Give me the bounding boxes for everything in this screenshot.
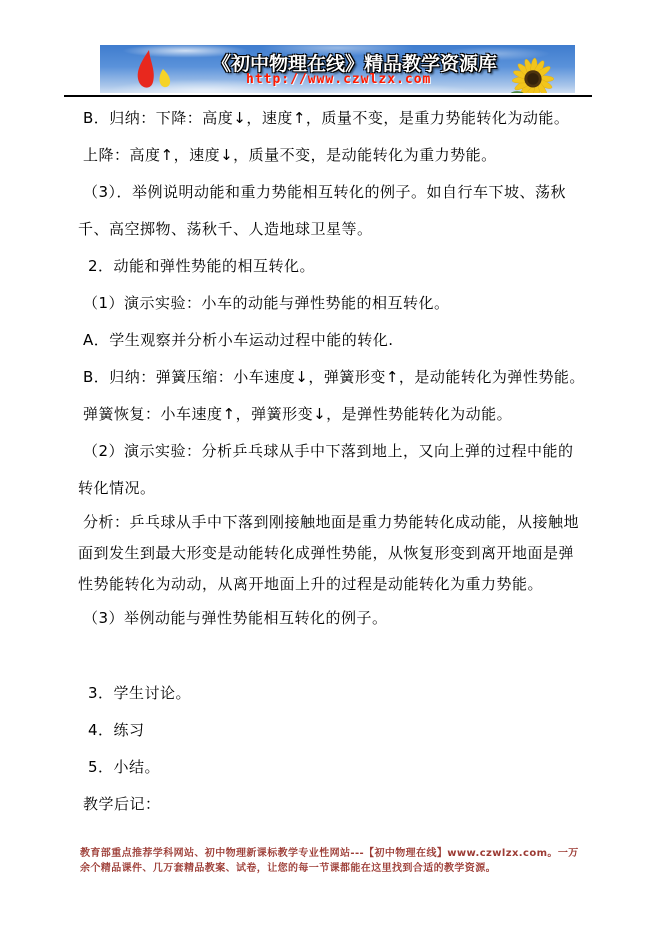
footer-note: 教育部重点推荐学科网站、初中物理新课标教学专业性网站---【初中物理在线】www… [80,846,588,876]
header-divider [64,95,592,97]
text-line: 面到发生到最大形变是动能转化成弹性势能，从恢复形变到离开地面是弹 [78,538,588,569]
site-logo-icon [130,49,180,93]
text-line: 5．小结。 [78,749,588,786]
blank-line [78,637,588,675]
text-line: 4．练习 [78,712,588,749]
text-line: 转化情况。 [78,470,588,507]
text-line: （1）演示实验：小车的动能与弹性势能的相互转化。 [78,285,588,322]
text-line: B．归纳：下降：高度↓，速度↑，质量不变，是重力势能转化为动能。 [78,100,588,137]
text-line: B．归纳：弹簧压缩：小车速度↓，弹簧形变↑，是动能转化为弹性势能。 [78,359,588,396]
text-line: （3）．举例说明动能和重力势能相互转化的例子。如自行车下坡、荡秋 [78,174,588,211]
document-body: B．归纳：下降：高度↓，速度↑，质量不变，是重力势能转化为动能。上降：高度↑，速… [78,100,588,823]
text-line: 千、高空掷物、荡秋千、人造地球卫星等。 [78,211,588,248]
text-line: 弹簧恢复：小车速度↑，弹簧形变↓，是弹性势能转化为动能。 [78,396,588,433]
document-page: 《初中物理在线》精品教学资源库 http://www.czwlzx.com [0,0,661,936]
text-line: 3．学生讨论。 [78,675,588,712]
text-line: （2）演示实验：分析乒乓球从手中下落到地上，又向上弹的过程中能的 [78,433,588,470]
text-line: 上降：高度↑，速度↓，质量不变，是动能转化为重力势能。 [78,137,588,174]
sunflower-icon [502,53,564,93]
text-line: （3）举例动能与弹性势能相互转化的例子。 [78,600,588,637]
text-line: 分析：乒乓球从手中下落到刚接触地面是重力势能转化成动能，从接触地 [78,507,588,538]
text-line: 性势能转化为动动，从离开地面上升的过程是动能转化为重力势能。 [78,569,588,600]
header-banner: 《初中物理在线》精品教学资源库 http://www.czwlzx.com [100,45,575,93]
text-line: 2．动能和弹性势能的相互转化。 [78,248,588,285]
site-url: http://www.czwlzx.com [246,72,431,87]
text-line: A．学生观察并分析小车运动过程中能的转化. [78,322,588,359]
text-line: 教学后记： [78,786,588,823]
